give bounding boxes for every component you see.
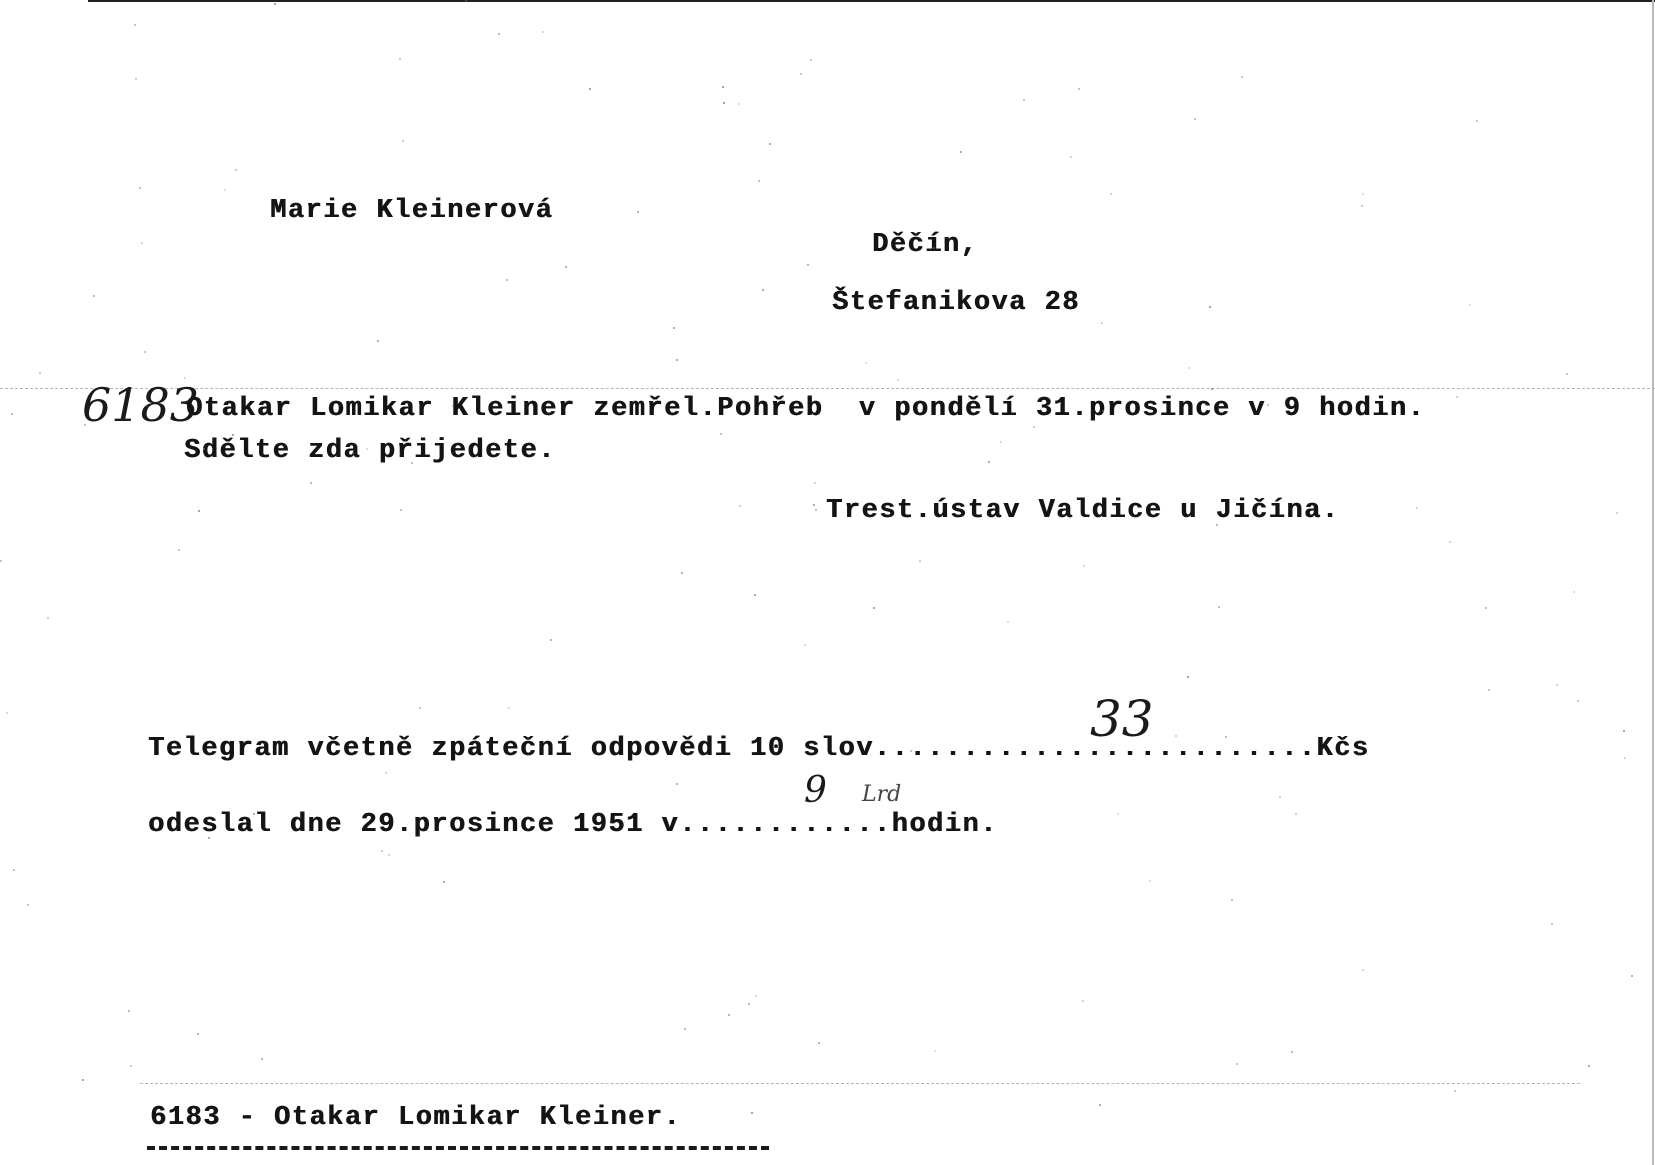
scan-speck <box>1187 676 1189 678</box>
scan-speck <box>232 434 234 436</box>
sent-line: odeslal dne 29.prosince 1951 v..........… <box>148 810 998 840</box>
scan-speck <box>130 1065 132 1067</box>
scan-speck <box>465 0 467 2</box>
scan-speck <box>1488 689 1490 691</box>
scan-speck <box>27 904 29 906</box>
scan-speck <box>1078 88 1080 90</box>
scan-speck <box>1454 1090 1456 1092</box>
scan-speck <box>1551 923 1553 925</box>
scan-speck <box>6 712 8 714</box>
scan-speck <box>1218 606 1220 608</box>
handwritten-sent-time: 9 <box>804 770 827 811</box>
scan-speck <box>1295 813 1297 815</box>
scan-speck <box>1279 796 1281 798</box>
scan-speck <box>402 140 404 142</box>
scan-speck <box>1110 193 1112 195</box>
scan-speck <box>758 180 760 182</box>
scan-speck <box>366 448 368 450</box>
scan-speck <box>1175 735 1177 737</box>
footer-reference: 6183 - Otakar Lomikar Kleiner. <box>150 1103 681 1133</box>
scan-speck <box>419 707 421 709</box>
scan-speck <box>134 24 136 26</box>
scan-speck <box>1007 621 1009 623</box>
message-line-2: Sdělte zda přijedete. <box>184 436 556 466</box>
handwritten-note: Lrd <box>862 782 901 807</box>
scan-speck <box>755 995 757 997</box>
scan-speck <box>452 405 454 407</box>
scan-speck <box>754 594 756 596</box>
page-right-edge <box>1652 0 1654 1165</box>
scan-speck <box>508 707 510 709</box>
scan-speck <box>1216 524 1218 526</box>
scan-speck <box>1573 591 1575 593</box>
scan-speck <box>1194 118 1196 120</box>
scan-speck <box>1416 507 1418 509</box>
footer-underline <box>147 1146 769 1150</box>
scan-speck <box>47 617 49 619</box>
scan-speck <box>1211 388 1213 390</box>
scan-speck <box>813 504 815 506</box>
scan-speck <box>84 424 86 426</box>
scan-speck <box>310 482 312 484</box>
scan-speck <box>988 461 990 463</box>
handwritten-reference-number: 6183 <box>82 378 199 432</box>
scan-speck <box>1033 426 1035 428</box>
scan-speck <box>1616 512 1618 514</box>
scan-speck <box>144 351 146 353</box>
scan-speck <box>224 189 226 191</box>
scan-speck <box>739 505 741 507</box>
scan-speck <box>139 187 141 189</box>
scan-speck <box>1225 736 1227 738</box>
scan-speck <box>1469 304 1471 306</box>
scan-speck <box>769 143 771 145</box>
scan-speck <box>388 854 390 856</box>
scan-speck <box>11 413 13 415</box>
scan-speck <box>1023 99 1025 101</box>
scan-speck <box>274 3 276 5</box>
scan-speck <box>762 289 764 291</box>
scan-speck <box>804 644 806 646</box>
scan-speck <box>1566 373 1568 375</box>
scan-speck <box>0 560 2 562</box>
message-line-1: Otakar Lomikar Kleiner zemřel.Pohřeb v p… <box>186 394 1425 424</box>
scan-line <box>140 1083 1580 1084</box>
scan-speck <box>1000 441 1002 443</box>
scan-speck <box>722 86 724 88</box>
scan-speck <box>82 1079 84 1081</box>
scan-speck <box>377 340 379 342</box>
scan-speck <box>13 869 15 871</box>
scan-speck <box>676 783 678 785</box>
scan-speck <box>919 560 921 562</box>
scan-speck <box>385 772 387 774</box>
recipient-city: Děčín, <box>872 230 978 260</box>
scan-speck <box>1291 1051 1293 1053</box>
scan-speck <box>253 813 255 815</box>
scan-speck <box>1456 396 1458 398</box>
scan-speck <box>1231 899 1233 901</box>
scan-speck <box>381 850 383 852</box>
scan-speck <box>443 881 445 883</box>
scan-speck <box>1556 684 1558 686</box>
scan-speck <box>135 78 137 80</box>
scan-speck <box>235 169 237 171</box>
scan-speck <box>1362 969 1364 971</box>
scan-speck <box>39 372 41 374</box>
scan-speck <box>197 1033 199 1035</box>
scan-speck <box>723 102 725 104</box>
scan-speck <box>1083 565 1085 567</box>
scan-speck <box>738 103 740 105</box>
scan-speck <box>1361 205 1363 207</box>
scan-speck <box>748 1003 750 1005</box>
scan-speck <box>1362 193 1364 195</box>
scan-speck <box>933 247 935 249</box>
scan-speck <box>1149 880 1151 882</box>
scan-speck <box>960 151 962 153</box>
scan-speck <box>178 549 180 551</box>
scan-speck <box>676 359 678 361</box>
scan-speck <box>897 379 899 381</box>
scan-speck <box>934 1050 936 1052</box>
scan-speck <box>681 572 683 574</box>
scan-speck <box>807 264 809 266</box>
scan-speck <box>684 1028 686 1030</box>
scan-speck <box>1267 404 1269 406</box>
scan-speck <box>1188 367 1190 369</box>
scan-speck <box>815 509 817 511</box>
scan-speck <box>198 510 200 512</box>
scan-speck <box>1101 322 1103 324</box>
sender-signature: Trest.ústav Valdice u Jičína. <box>826 496 1339 526</box>
scan-speck <box>1117 813 1119 815</box>
scan-speck <box>1449 541 1451 543</box>
scan-speck <box>400 509 402 511</box>
scan-speck <box>498 33 500 35</box>
scan-speck <box>261 1058 263 1060</box>
scan-speck <box>146 405 148 407</box>
scan-speck <box>865 362 867 364</box>
scan-speck <box>800 73 802 75</box>
scan-speck <box>728 1014 730 1016</box>
scan-speck <box>751 1112 753 1114</box>
recipient-name: Marie Kleinerová <box>270 196 553 226</box>
scan-speck <box>1102 410 1104 412</box>
scan-speck <box>1241 76 1243 78</box>
scan-speck <box>1476 120 1478 122</box>
scan-speck <box>208 837 210 839</box>
scan-speck <box>810 59 812 61</box>
scan-speck <box>399 58 401 60</box>
scan-speck <box>1236 1063 1238 1065</box>
scan-speck <box>1588 1065 1590 1067</box>
scan-speck <box>814 482 816 484</box>
scan-speck <box>1631 975 1633 977</box>
page-top-edge <box>88 0 1655 2</box>
scan-speck <box>1099 1104 1101 1106</box>
scan-speck <box>542 31 544 33</box>
scan-speck <box>411 462 413 464</box>
scan-speck <box>910 750 912 752</box>
scan-speck <box>1577 700 1579 702</box>
scan-speck <box>1624 757 1626 759</box>
scan-line <box>0 388 1655 389</box>
scan-speck <box>565 266 567 268</box>
scan-speck <box>93 295 95 297</box>
scan-speck <box>1623 730 1625 732</box>
scan-speck <box>203 448 205 450</box>
recipient-street: Štefanikova 28 <box>832 288 1080 318</box>
scan-speck <box>352 452 354 454</box>
scan-speck <box>818 1042 820 1044</box>
scan-speck <box>184 377 186 379</box>
scan-speck <box>1082 1000 1084 1002</box>
scan-speck <box>1209 306 1211 308</box>
scan-speck <box>1485 607 1487 609</box>
scan-speck <box>550 639 552 641</box>
scan-speck <box>873 607 875 609</box>
scan-speck <box>673 327 675 329</box>
scan-speck <box>720 433 722 435</box>
scan-speck <box>128 1010 130 1012</box>
scan-speck <box>1070 156 1072 158</box>
scan-speck <box>637 211 639 213</box>
scan-speck <box>568 1123 570 1125</box>
scan-speck <box>589 88 591 90</box>
scan-speck <box>141 242 143 244</box>
fee-line: Telegram včetně zpáteční odpovědi 10 slo… <box>148 734 1369 764</box>
scan-speck <box>506 279 508 281</box>
